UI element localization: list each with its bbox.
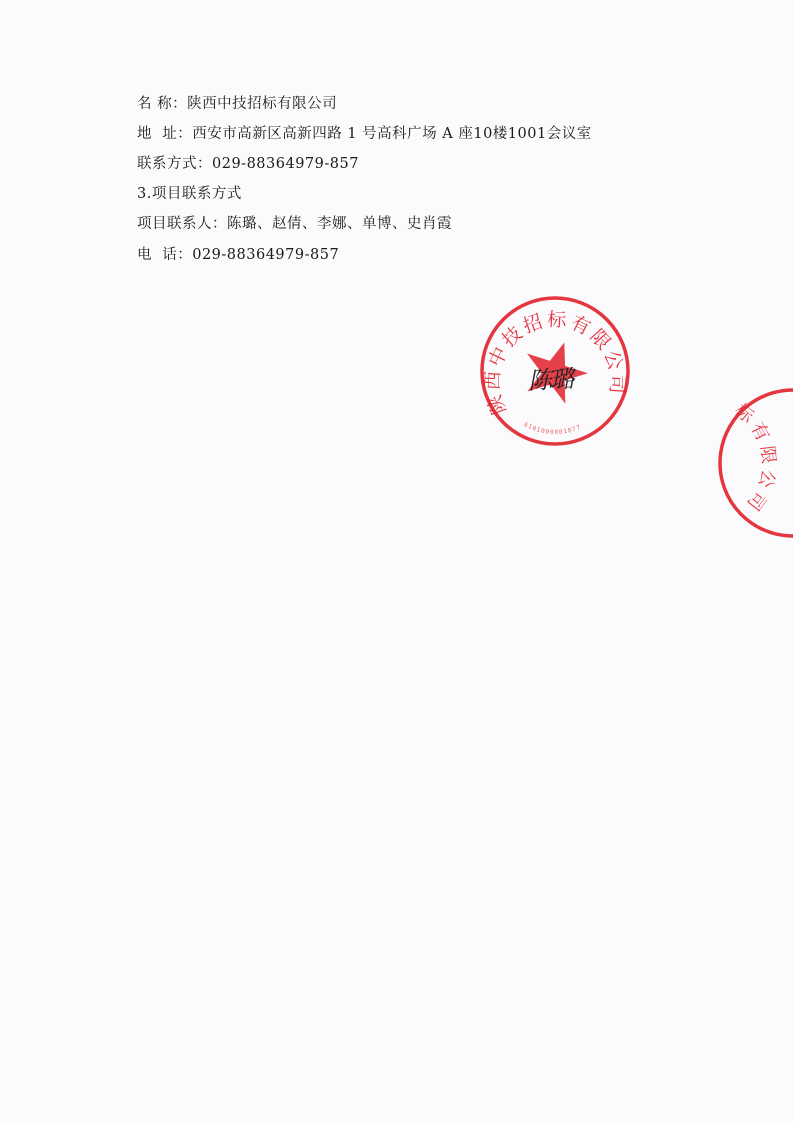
agency-address-value: 西安市高新区高新四路 1 号高科广场 A 座10楼1001会议室	[192, 126, 591, 142]
seal-number: 6101000001877	[523, 421, 583, 436]
svg-text:6101000001877: 6101000001877	[523, 421, 583, 436]
agency-contact-value: 029-88364979-857	[212, 156, 359, 172]
handwritten-signature: 陈璐	[527, 359, 573, 396]
agency-name-line: 名 称：陕西中技招标有限公司	[137, 94, 337, 114]
project-phone-label: 电 话：	[137, 245, 192, 265]
agency-address-label: 地 址：	[137, 124, 192, 144]
document-page: 名 称：陕西中技招标有限公司 地 址：西安市高新区高新四路 1 号高科广场 A …	[0, 0, 793, 1123]
project-phone-line: 电 话：029-88364979-857	[137, 245, 339, 265]
edge-seal: 标有限公司	[713, 383, 793, 543]
svg-text:标有限公司: 标有限公司	[730, 400, 779, 517]
project-contacts-label: 项目联系人：	[137, 214, 227, 234]
section-heading: 3.项目联系方式	[137, 184, 242, 204]
edge-seal-icon: 标有限公司	[713, 383, 793, 543]
edge-seal-text: 标有限公司	[730, 400, 779, 517]
agency-address-line: 地 址：西安市高新区高新四路 1 号高科广场 A 座10楼1001会议室	[137, 124, 592, 144]
project-contacts-value: 陈璐、赵倩、李娜、单博、史肖霞	[227, 216, 452, 232]
project-contacts-line: 项目联系人：陈璐、赵倩、李娜、单博、史肖霞	[137, 214, 452, 234]
agency-contact-line: 联系方式：029-88364979-857	[137, 154, 359, 174]
project-phone-value: 029-88364979-857	[192, 247, 339, 263]
agency-name-value: 陕西中技招标有限公司	[187, 96, 337, 112]
agency-contact-label: 联系方式：	[137, 154, 212, 174]
agency-name-label: 名 称：	[137, 94, 187, 114]
